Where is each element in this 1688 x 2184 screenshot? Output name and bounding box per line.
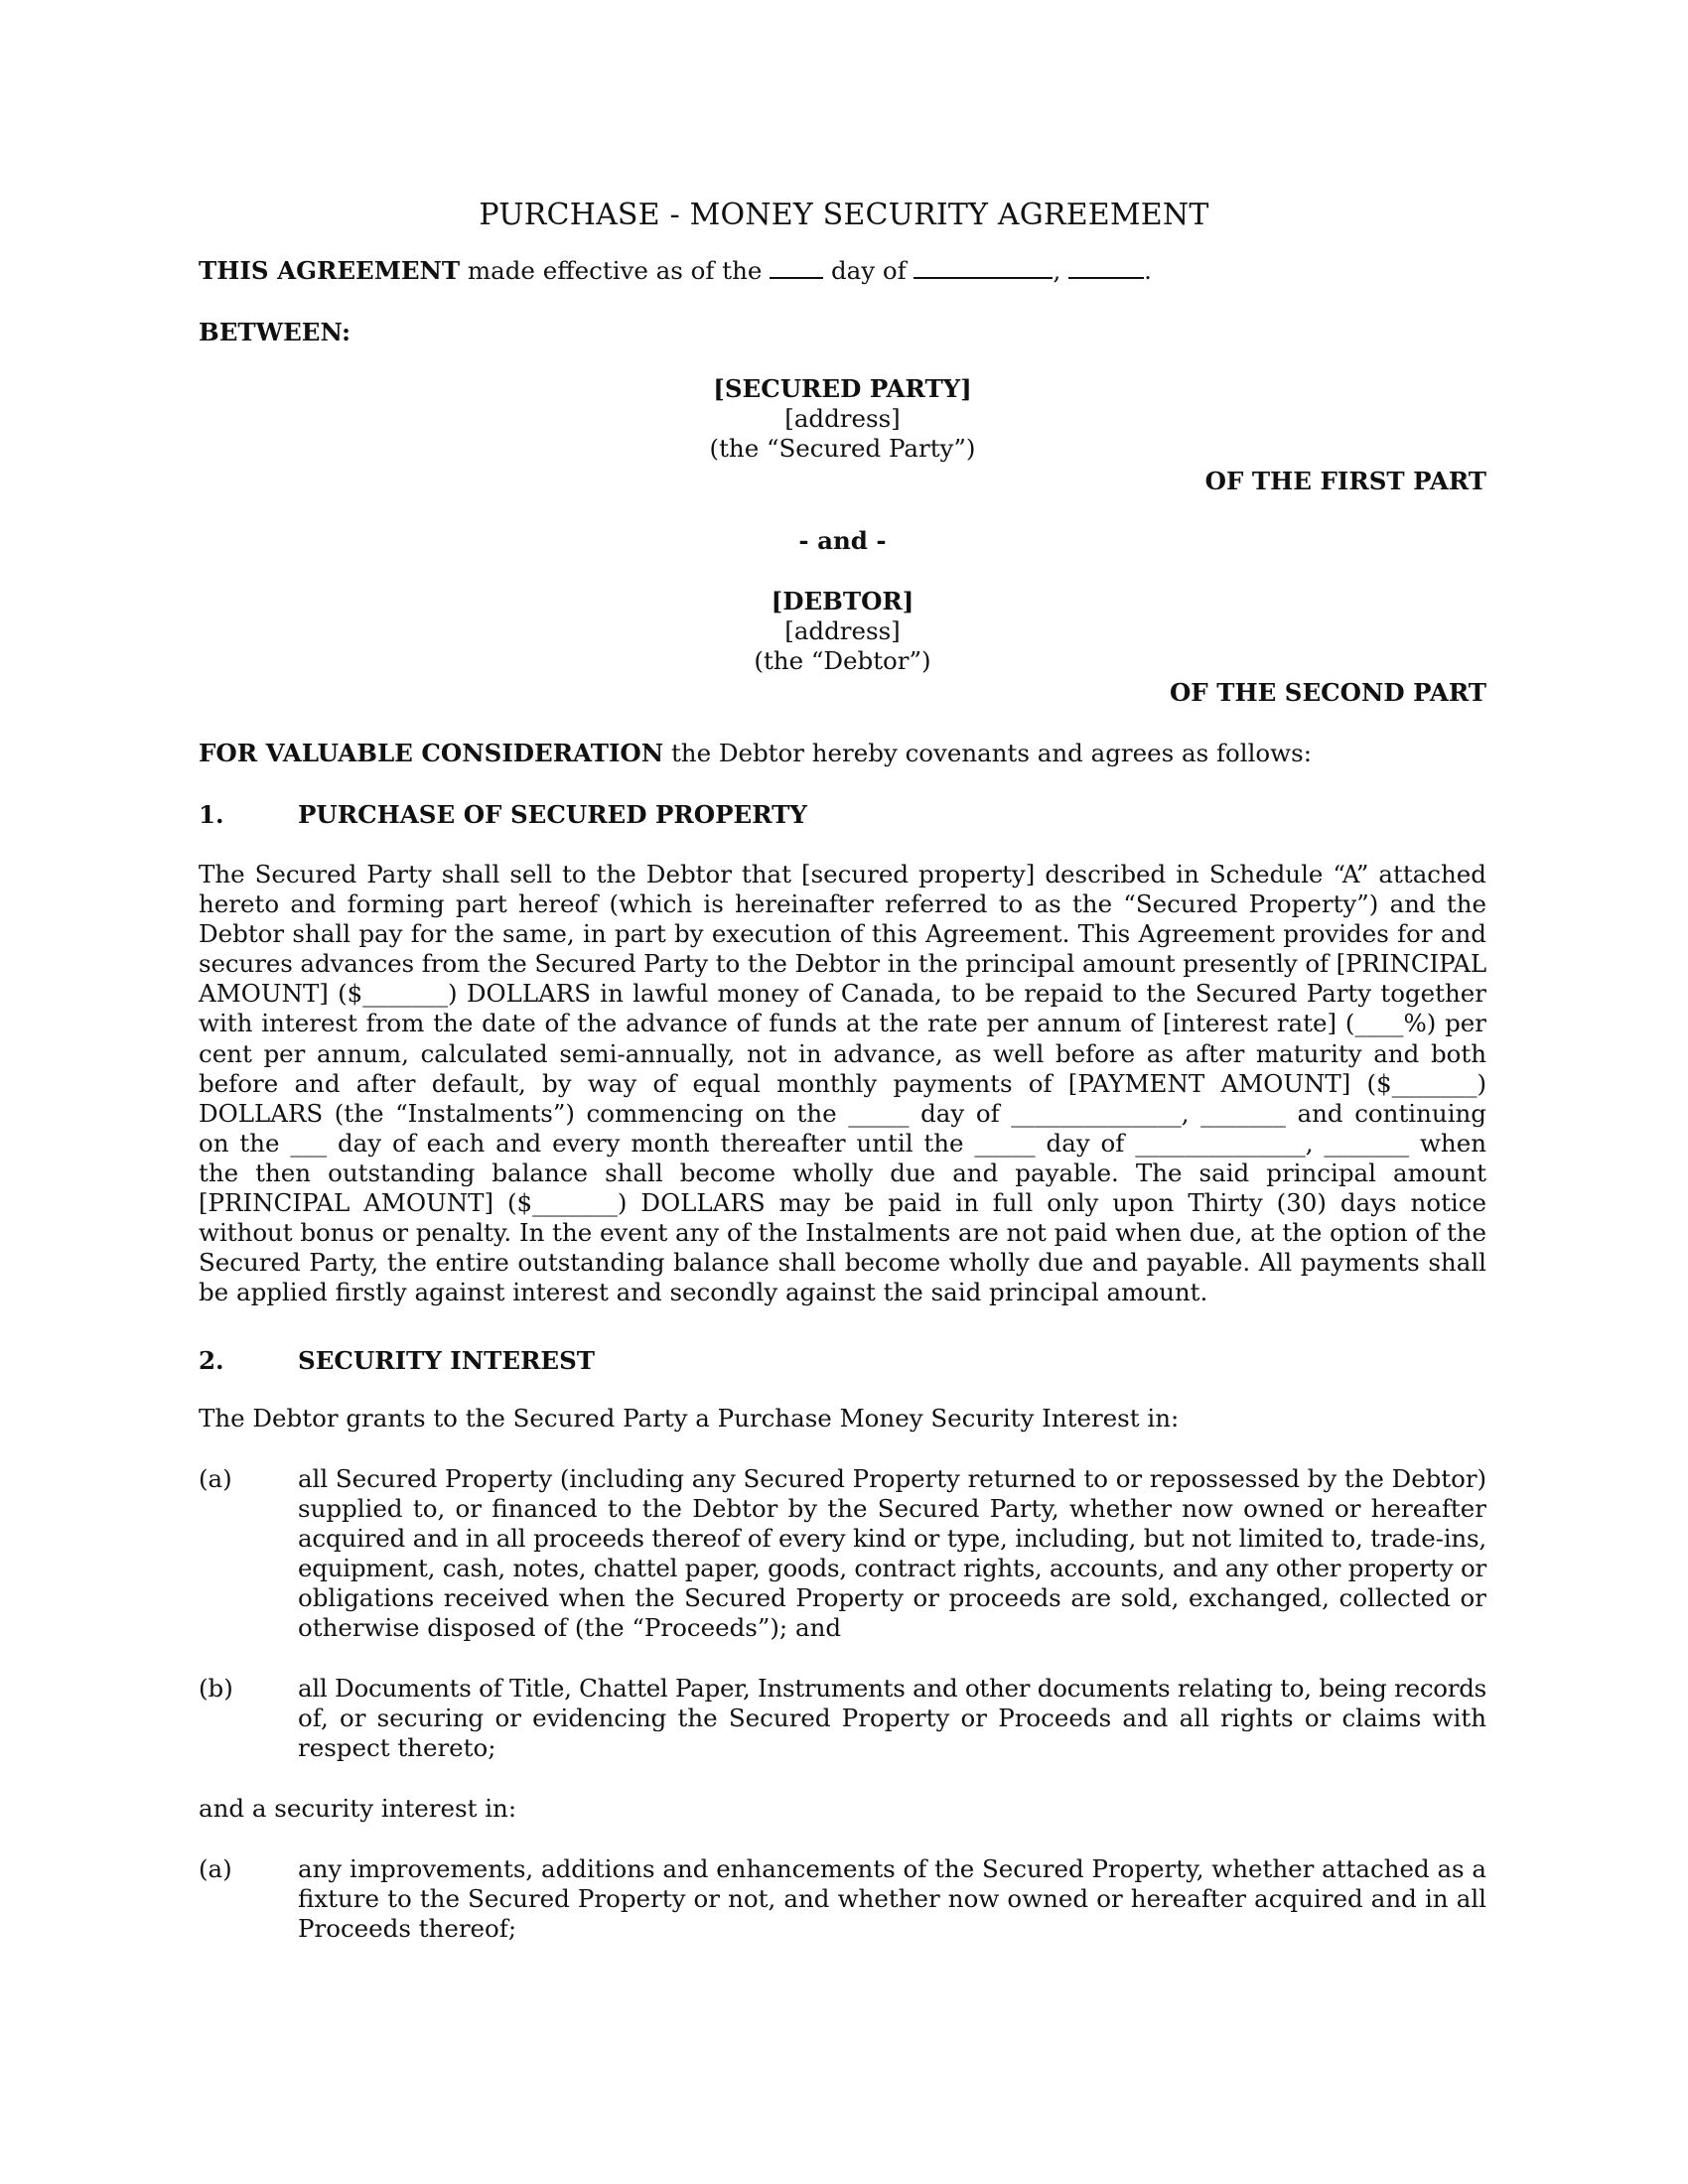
second-party-defined-as: (the “Debtor”) [199,646,1486,676]
section-2-title: SECURITY INTEREST [298,1346,595,1376]
agreement-intro: THIS AGREEMENT made effective as of the … [199,256,1486,286]
list-item-label: (a) [199,1854,232,1884]
section-2-number: 2. [199,1346,224,1376]
text-line: any improvements, additions and enhancem… [298,1854,1486,1884]
text-line: before and after default, by way of equa… [199,1069,1486,1099]
first-party-name: [SECURED PARTY] [199,374,1486,404]
text-line: Debtor shall pay for the same, in part b… [199,919,1486,949]
list-item-body: all Secured Property (including any Secu… [298,1464,1486,1644]
text-line: The Secured Party shall sell to the Debt… [199,860,1486,889]
second-party-name: [DEBTOR] [199,587,1486,616]
consideration-text: the Debtor hereby covenants and agrees a… [663,739,1312,767]
text-line: equipment, cash, notes, chattel paper, g… [298,1554,1486,1583]
intro-day-of: day of [823,256,914,285]
first-part-label: OF THE FIRST PART [199,467,1486,496]
text-line: supplied to, or financed to the Debtor b… [298,1494,1486,1524]
first-party-address: [address] [199,404,1486,434]
text-line: fixture to the Secured Property or not, … [298,1884,1486,1914]
text-line: DOLLARS (the “Instalments”) commencing o… [199,1099,1486,1129]
blank-month-field[interactable] [914,257,1053,279]
text-line: of, or securing or evidencing the Secure… [298,1704,1486,1733]
consideration-clause: FOR VALUABLE CONSIDERATION the Debtor he… [199,739,1486,768]
list-item-label: (b) [199,1674,233,1704]
section-2-lead: The Debtor grants to the Secured Party a… [199,1404,1486,1433]
section-1-number: 1. [199,800,224,830]
intro-period: . [1144,256,1152,285]
blank-day-field[interactable] [770,257,823,279]
text-line: Secured Party, the entire outstanding ba… [199,1248,1486,1278]
and-separator: - and - [199,526,1486,556]
text-line: [PRINCIPAL AMOUNT] ($_______) DOLLARS ma… [199,1188,1486,1218]
text-line: AMOUNT] ($_______) DOLLARS in lawful mon… [199,979,1486,1009]
text-line: with interest from the date of the advan… [199,1009,1486,1038]
intro-bold: THIS AGREEMENT [199,256,460,285]
text-line: respect thereto; [298,1733,1486,1763]
text-line: all Documents of Title, Chattel Paper, I… [298,1674,1486,1704]
text-line: otherwise disposed of (the “Proceeds”); … [298,1613,1486,1643]
text-line: obligations received when the Secured Pr… [298,1583,1486,1613]
consideration-bold: FOR VALUABLE CONSIDERATION [199,739,663,767]
document-page: PURCHASE - MONEY SECURITY AGREEMENT THIS… [0,0,1688,2184]
section-1-title: PURCHASE OF SECURED PROPERTY [298,800,807,830]
text-line: hereto and forming part hereof (which is… [199,889,1486,919]
text-line: be applied firstly against interest and … [199,1278,1486,1307]
text-line: without bonus or penalty. In the event a… [199,1218,1486,1248]
first-party-defined-as: (the “Secured Party”) [199,434,1486,464]
list-item-body: any improvements, additions and enhancem… [298,1854,1486,1944]
list-item-body: all Documents of Title, Chattel Paper, I… [298,1674,1486,1763]
text-line: secures advances from the Secured Party … [199,949,1486,979]
blank-year-field[interactable] [1068,257,1144,279]
section-1-paragraph: The Secured Party shall sell to the Debt… [199,860,1486,1307]
section-2-secondary-lead: and a security interest in: [199,1794,1486,1824]
intro-text: made effective as of the [460,256,770,285]
intro-comma: , [1053,256,1068,285]
text-line: on the ___ day of each and every month t… [199,1129,1486,1159]
text-line: Proceeds thereof; [298,1914,1486,1944]
second-part-label: OF THE SECOND PART [199,678,1486,708]
text-line: cent per annum, calculated semi-annually… [199,1039,1486,1069]
text-line: the then outstanding balance shall becom… [199,1159,1486,1188]
document-title: PURCHASE - MONEY SECURITY AGREEMENT [0,198,1688,233]
list-item-label: (a) [199,1464,232,1494]
second-party-address: [address] [199,616,1486,646]
text-line: acquired and in all proceeds thereof of … [298,1524,1486,1554]
between-label: BETWEEN: [199,318,1486,347]
text-line: all Secured Property (including any Secu… [298,1464,1486,1494]
